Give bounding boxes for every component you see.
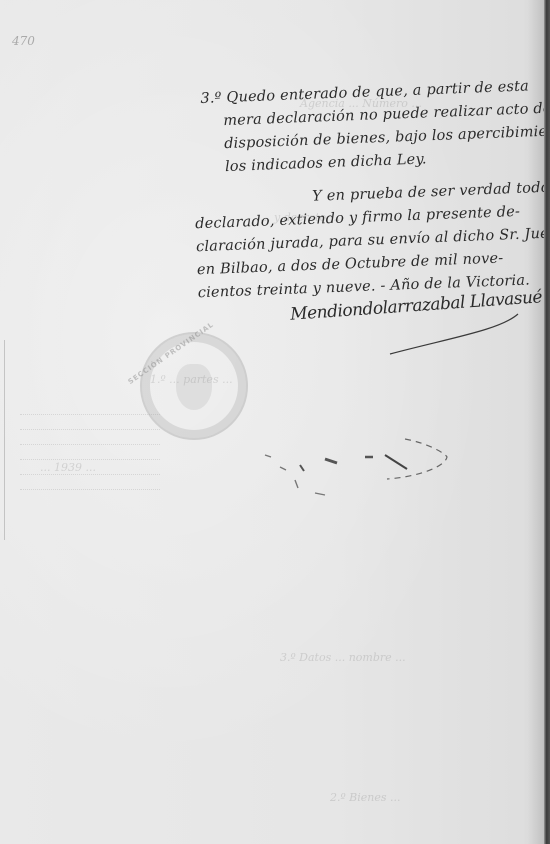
margin-rule [4,340,5,540]
ink-marks-icon [255,415,465,505]
seal-crest-icon [176,364,212,410]
bleed-through-text: 2.º Bienes ... [330,790,401,805]
signature-flourish-icon [380,308,530,358]
binding-shadow [528,0,544,844]
bleed-through-block [20,400,160,550]
official-seal: SECCIÓN PROVINCIAL [140,332,248,440]
handwritten-body: 3.º Quedo enterado de que, a partir de e… [200,74,550,305]
book-binding-edge [544,0,550,844]
document-page: 470 Agencia ... Número ... ... y decreto… [0,0,550,844]
bleed-through-text: 3.º Datos ... nombre ... [280,650,406,665]
folio-number: 470 [12,34,35,48]
